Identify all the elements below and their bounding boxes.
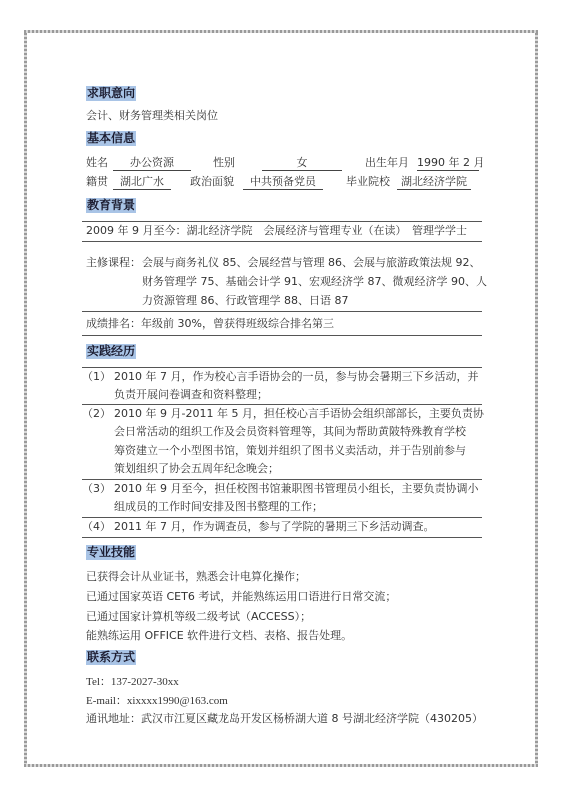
divider	[82, 335, 482, 336]
divider	[82, 404, 482, 405]
section-heading-experience: 实践经历	[86, 344, 136, 359]
courses-line: 财务管理学 75、基础会计学 91、宏观经济学 87、微观经济学 90、人	[142, 275, 487, 289]
experience-line: 2011 年 7 月，作为调查员，参与了学院的暑期三下乡活动调查。	[114, 520, 434, 534]
objective-text: 会计、财务管理类相关岗位	[86, 109, 218, 123]
name-value: 办公资源	[113, 156, 191, 171]
courses-label: 主修课程：	[86, 256, 141, 270]
divider	[82, 517, 482, 518]
education-entry: 2009 年 9 月至今：湖北经济学院 会展经济与管理专业（在读） 管理学学士	[86, 224, 467, 238]
skill-line: 已获得会计从业证书，熟悉会计电算化操作；	[86, 570, 306, 584]
experience-index: （1）	[82, 370, 111, 384]
skill-line: 能熟练运用 OFFICE 软件进行文档、表格、报告处理。	[86, 629, 352, 643]
divider	[82, 241, 482, 242]
skill-line: 已通过国家计算机等级二级考试（ACCESS）；	[86, 610, 311, 624]
section-heading-education: 教育背景	[86, 198, 136, 213]
ranking-text: 成绩排名：年级前 30%，曾获得班级综合排名第三	[86, 317, 334, 331]
courses-line: 力资源管理 86、行政管理学 88、日语 87	[142, 294, 348, 308]
divider	[82, 537, 482, 538]
politics-label: 政治面貌	[190, 175, 234, 189]
experience-index: （3）	[82, 482, 111, 496]
experience-line: 筹资建立一个小型图书馆，策划并组织了图书义卖活动，并于告别前参与	[114, 444, 466, 458]
section-heading-objective: 求职意向	[86, 86, 136, 101]
experience-line: 会日常活动的组织工作及会员资料管理等，其间为帮助黄陂特殊教育学校	[114, 425, 466, 439]
contact-address: 通讯地址：武汉市江夏区藏龙岛开发区杨桥湖大道 8 号湖北经济学院（430205）	[86, 712, 483, 726]
courses-line: 会展与商务礼仪 85、会展经营与管理 86、会展与旅游政策法规 92、	[142, 256, 480, 270]
divider	[82, 221, 482, 222]
experience-index: （4）	[82, 520, 111, 534]
gender-label: 性别	[213, 156, 235, 170]
experience-line: 2010 年 7 月，作为校心言手语协会的一员，参与协会暑期三下乡活动，并	[114, 370, 478, 384]
section-heading-basic-info: 基本信息	[86, 131, 136, 146]
politics-value: 中共预备党员	[243, 175, 323, 190]
experience-line: 策划组织了协会五周年纪念晚会；	[114, 462, 279, 476]
contact-tel: Tel：137-2027-30xx	[86, 675, 179, 689]
birth-label: 出生年月	[365, 156, 409, 170]
experience-line: 负责开展问卷调查和资料整理；	[114, 388, 268, 402]
divider	[82, 479, 482, 480]
divider	[82, 367, 482, 368]
section-heading-skills: 专业技能	[86, 545, 136, 560]
origin-label: 籍贯	[86, 175, 108, 189]
school-label: 毕业院校	[346, 175, 390, 189]
experience-line: 2010 年 9 月至今，担任校图书馆兼职图书管理员小组长，主要负责协调小	[114, 482, 478, 496]
experience-line: 组成员的工作时间安排及图书整理的工作；	[114, 500, 323, 514]
school-value: 湖北经济学院	[397, 175, 471, 190]
section-heading-contact: 联系方式	[86, 650, 136, 665]
experience-line: 2010 年 9 月-2011 年 5 月，担任校心言手语协会组织部部长，主要负…	[114, 407, 484, 421]
contact-email: E-mail：xixxxx1990@163.com	[86, 694, 228, 708]
name-label: 姓名	[86, 156, 108, 170]
experience-index: （2）	[82, 407, 111, 421]
divider	[82, 311, 482, 312]
birth-value: 1990 年 2 月	[417, 156, 479, 171]
origin-value: 湖北广水	[113, 175, 171, 190]
gender-value: 女	[262, 156, 342, 171]
skill-line: 已通过国家英语 CET6 考试，并能熟练运用口语进行日常交流；	[86, 590, 396, 604]
